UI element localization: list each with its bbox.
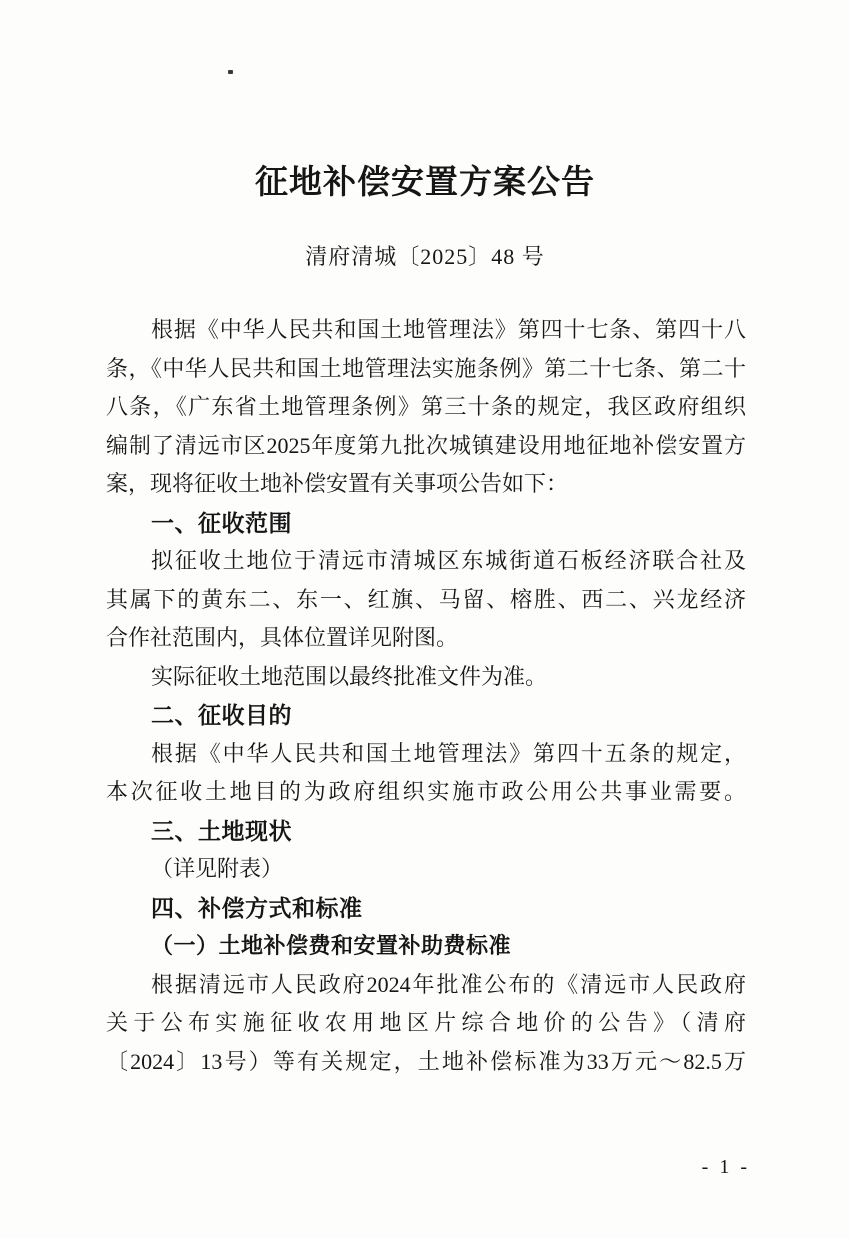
text-line: 根据《中华人民共和国土地管理法》第四十七条、第四十八 bbox=[106, 311, 746, 350]
scan-artifact-dot bbox=[228, 70, 233, 74]
text-line: 实际征收土地范围以最终批准文件为准。 bbox=[106, 658, 746, 697]
text-line: （详见附表） bbox=[106, 850, 746, 889]
document-page: 征地补偿安置方案公告 清府清城〔2025〕48 号 根据《中华人民共和国土地管理… bbox=[0, 0, 850, 1238]
sub-section-heading: （一）土地补偿费和安置补助费标准 bbox=[106, 927, 746, 966]
section-heading: 四、补偿方式和标准 bbox=[106, 889, 746, 928]
page-number: - 1 - bbox=[702, 1156, 750, 1179]
document-title: 征地补偿安置方案公告 bbox=[0, 156, 850, 203]
text-line: 根据《中华人民共和国土地管理法》第四十五条的规定， bbox=[106, 735, 746, 774]
text-line: 其属下的黄东二、东一、红旗、马留、榕胜、西二、兴龙经济 bbox=[106, 581, 746, 620]
text-line: 根据清远市人民政府2024年批准公布的《清远市人民政府 bbox=[106, 966, 746, 1005]
document-number: 清府清城〔2025〕48 号 bbox=[0, 240, 850, 271]
text-line: 编制了清远市区2025年度第九批次城镇建设用地征地补偿安置方 bbox=[106, 427, 746, 466]
section-heading: 三、土地现状 bbox=[106, 812, 746, 851]
document-body: 根据《中华人民共和国土地管理法》第四十七条、第四十八条，《中华人民共和国土地管理… bbox=[106, 311, 746, 1081]
text-line: 八条，《广东省土地管理条例》第三十条的规定，我区政府组织 bbox=[106, 388, 746, 427]
section-heading: 一、征收范围 bbox=[106, 504, 746, 543]
text-line: 合作社范围内，具体位置详见附图。 bbox=[106, 619, 746, 658]
text-line: 关于公布实施征收农用地区片综合地价的公告》（清府 bbox=[106, 1004, 746, 1043]
text-line: 本次征收土地目的为政府组织实施市政公用公共事业需要。 bbox=[106, 773, 746, 812]
text-line: 〔2024〕13号）等有关规定，土地补偿标准为33万元～82.5万 bbox=[106, 1043, 746, 1082]
text-line: 拟征收土地位于清远市清城区东城街道石板经济联合社及 bbox=[106, 542, 746, 581]
text-line: 条，《中华人民共和国土地管理法实施条例》第二十七条、第二十 bbox=[106, 350, 746, 389]
text-line: 案，现将征收土地补偿安置有关事项公告如下： bbox=[106, 465, 746, 504]
section-heading: 二、征收目的 bbox=[106, 696, 746, 735]
